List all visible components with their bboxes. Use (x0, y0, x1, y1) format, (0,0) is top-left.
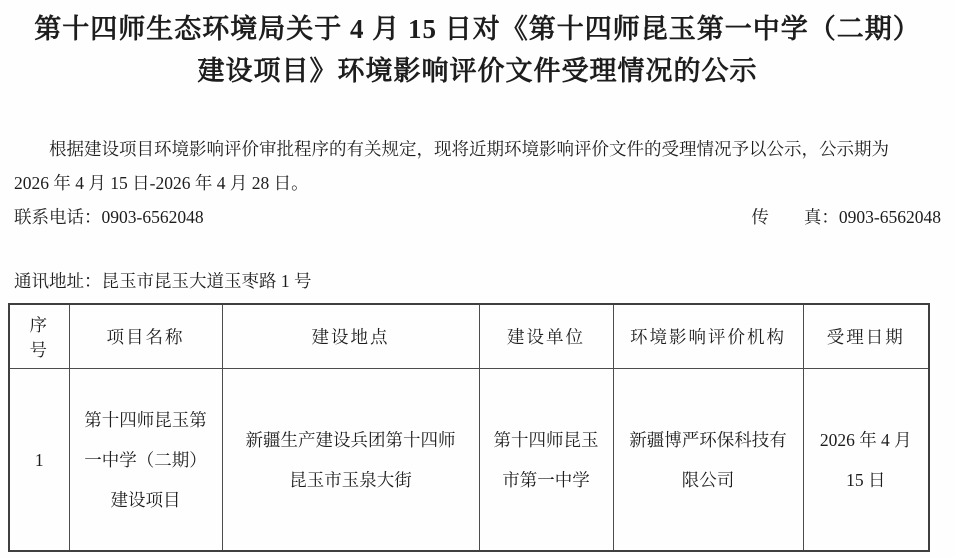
header-seq: 序号 (9, 304, 69, 369)
phone-number: 0903-6562048 (102, 207, 204, 227)
contact-row: 联系电话：0903-6562048 传 真：0903-6562048 (14, 200, 941, 234)
fax-number: 0903-6562048 (839, 207, 941, 227)
fax-line: 传 真：0903-6562048 (751, 200, 941, 234)
address-row: 通讯地址：昆玉市昆玉大道玉枣路 1 号 (14, 264, 941, 298)
notice-line-1: 根据建设项目环境影响评价审批程序的有关规定，现将近期环境影响评价文件的受理情况予… (14, 132, 941, 166)
phone-line: 联系电话：0903-6562048 (14, 200, 204, 234)
header-builder: 建设单位 (479, 304, 613, 369)
cell-location: 新疆生产建设兵团第十四师昆玉市玉泉大街 (222, 369, 479, 552)
table-header-row: 序号 项目名称 建设地点 建设单位 环境影响评价机构 受理日期 (9, 304, 929, 369)
cell-eia-agency: 新疆博严环保科技有限公司 (613, 369, 803, 552)
header-project-name: 项目名称 (69, 304, 222, 369)
header-location: 建设地点 (222, 304, 479, 369)
cell-acceptance-date: 2026 年 4 月 15 日 (803, 369, 929, 552)
notice-line-2: 2026 年 4 月 15 日-2026 年 4 月 28 日。 (14, 166, 941, 200)
document-title: 第十四师生态环境局关于 4 月 15 日对《第十四师昆玉第一中学（二期） 建设项… (14, 8, 941, 92)
table-row: 1 第十四师昆玉第一中学（二期）建设项目 新疆生产建设兵团第十四师昆玉市玉泉大街… (9, 369, 929, 552)
title-line-2: 建设项目》环境影响评价文件受理情况的公示 (14, 50, 941, 92)
header-eia-agency: 环境影响评价机构 (613, 304, 803, 369)
address-value: 昆玉市昆玉大道玉枣路 1 号 (102, 271, 312, 291)
header-acceptance-date: 受理日期 (803, 304, 929, 369)
document-page: 第十四师生态环境局关于 4 月 15 日对《第十四师昆玉第一中学（二期） 建设项… (0, 0, 955, 558)
cell-builder: 第十四师昆玉市第一中学 (479, 369, 613, 552)
cell-seq: 1 (9, 369, 69, 552)
address-label: 通讯地址： (14, 271, 102, 291)
fax-label: 传 真： (751, 207, 839, 227)
cell-project-name: 第十四师昆玉第一中学（二期）建设项目 (69, 369, 222, 552)
notice-paragraph: 根据建设项目环境影响评价审批程序的有关规定，现将近期环境影响评价文件的受理情况予… (14, 132, 941, 200)
title-line-1: 第十四师生态环境局关于 4 月 15 日对《第十四师昆玉第一中学（二期） (14, 8, 941, 50)
phone-label: 联系电话： (14, 207, 102, 227)
acceptance-table: 序号 项目名称 建设地点 建设单位 环境影响评价机构 受理日期 1 第十四师昆玉… (8, 303, 930, 552)
